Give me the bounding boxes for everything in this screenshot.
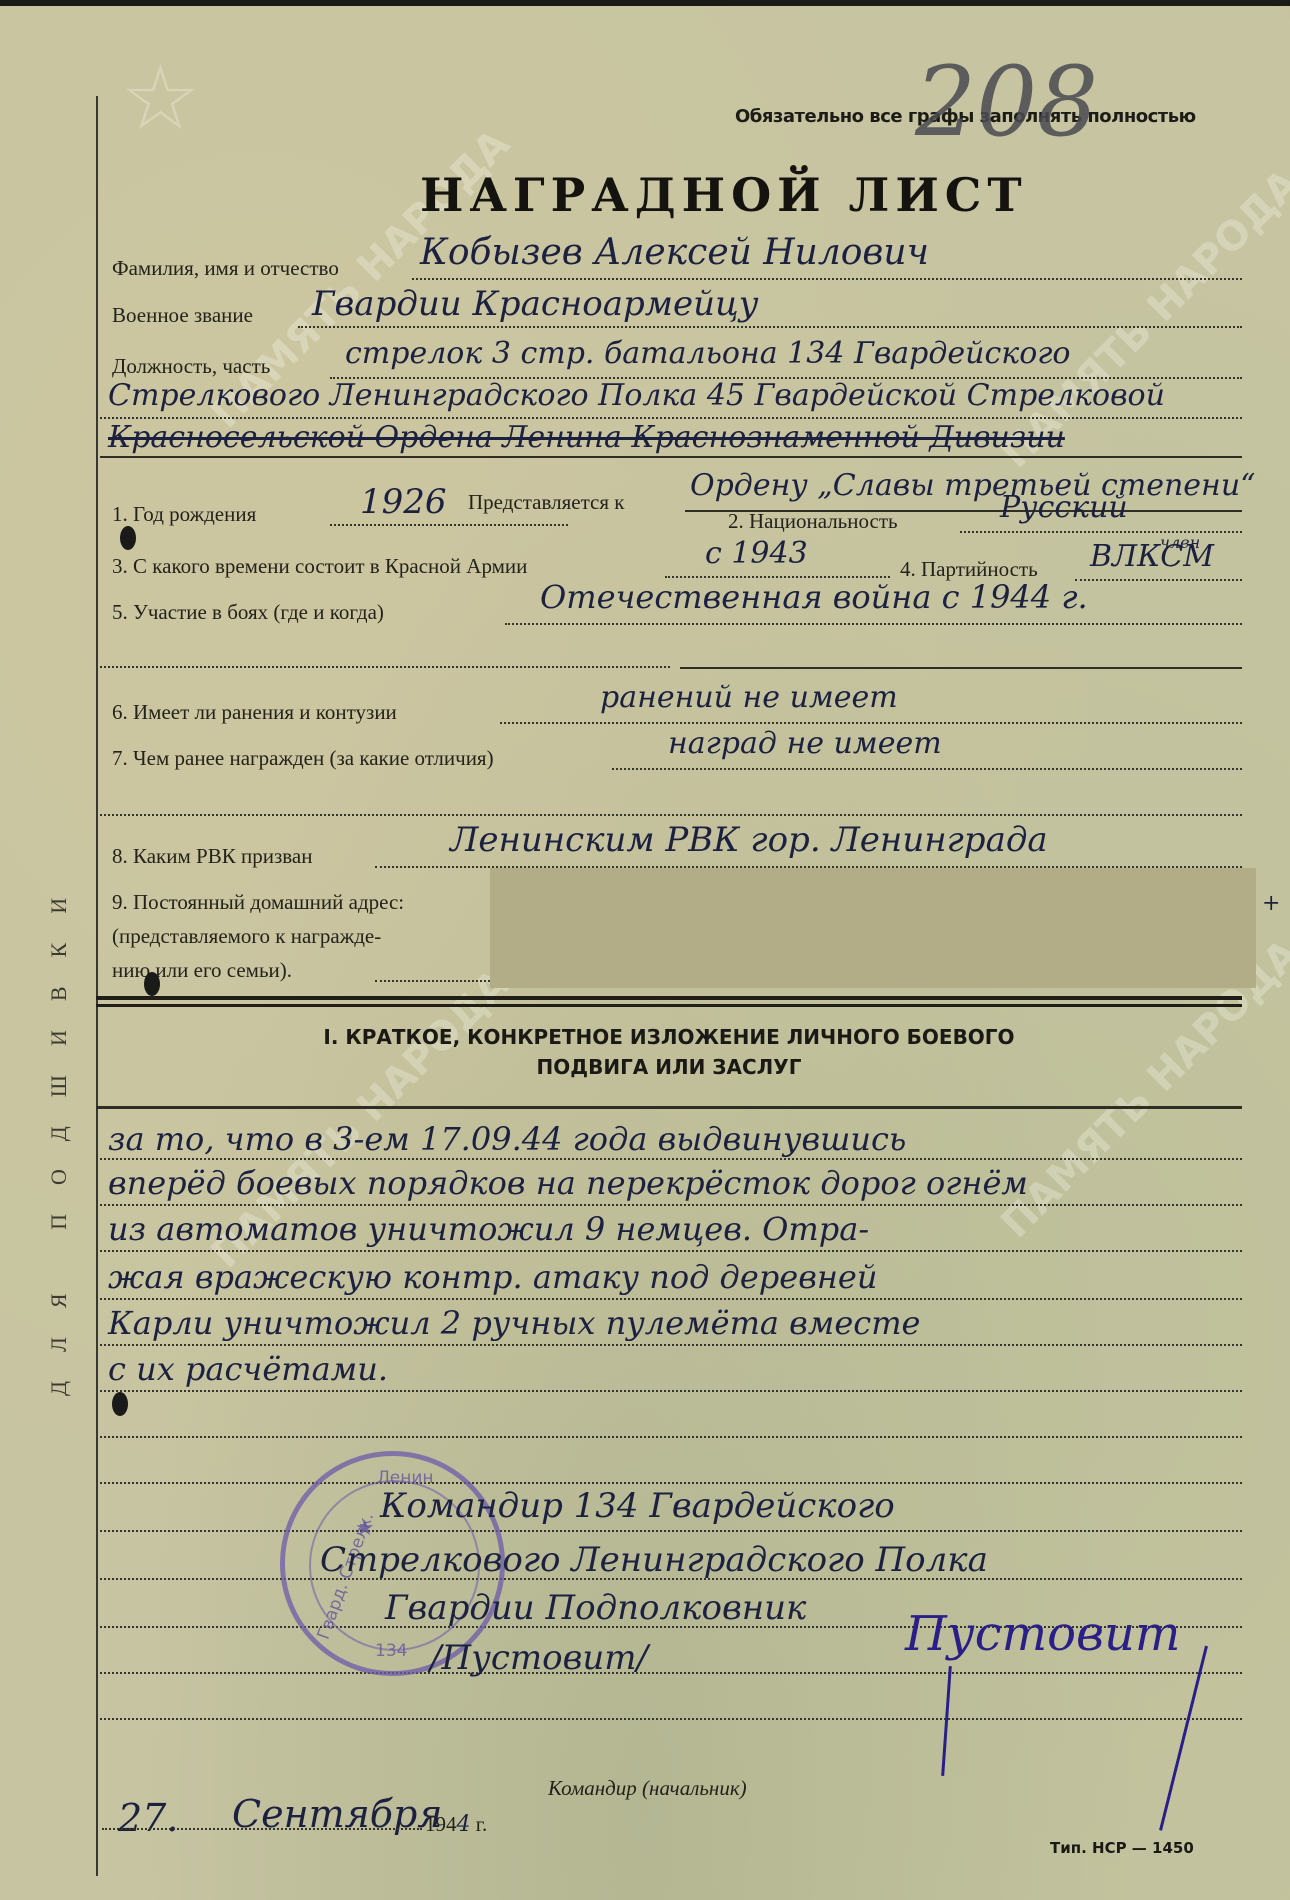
nominated-label: Представляется к	[468, 490, 624, 515]
rank-value: Гвардии Красноармейцу	[312, 284, 758, 324]
signature-stroke	[941, 1666, 952, 1776]
date-suffix: г.	[476, 1812, 488, 1836]
feat-line-2: вперёд боевых порядков на перекрёсток до…	[108, 1164, 1028, 1202]
address-label-line-3: нию или его семьи).	[112, 958, 292, 983]
nominated-value: Ордену „Славы третьей степени“	[690, 468, 1255, 503]
nationality-value: Русский	[1000, 490, 1128, 525]
drafted-by-value: Ленинским РВК гор. Ленинграда	[450, 820, 1048, 860]
position-label: Должность, часть	[112, 354, 270, 379]
birth-year-label: 1. Год рождения	[112, 502, 256, 527]
date-year-suffix: 4	[457, 1812, 471, 1837]
section-title-line-1: I. КРАТКОЕ, КОНКРЕТНОЕ ИЗЛОЖЕНИЕ ЛИЧНОГО…	[96, 1022, 1242, 1052]
feat-line-1: за то, что в 3-ем 17.09.44 года выдвинув…	[108, 1120, 906, 1158]
punch-hole	[120, 526, 136, 550]
section-title: I. КРАТКОЕ, КОНКРЕТНОЕ ИЗЛОЖЕНИЕ ЛИЧНОГО…	[96, 1022, 1242, 1082]
battles-label: 5. Участие в боях (где и когда)	[112, 600, 384, 625]
binding-margin-rule	[96, 96, 98, 1876]
full-name-label: Фамилия, имя и отчество	[112, 256, 339, 281]
signature-line-2: Стрелкового Ленинградского Полка	[320, 1540, 988, 1580]
date-day: 27.	[118, 1796, 178, 1840]
rank-label: Военное звание	[112, 303, 253, 328]
punch-hole	[144, 972, 160, 996]
punch-hole	[112, 1392, 128, 1416]
position-line-3: Красносельской Ордена Ленина Краснознаме…	[108, 420, 1065, 455]
signature-line-1: Командир 134 Гвардейского	[380, 1486, 895, 1526]
army-since-value: с 1943	[705, 536, 808, 571]
commander-caption: Командир (начальник)	[548, 1776, 747, 1801]
stamp-star-icon: ★	[355, 1516, 375, 1541]
wounds-label: 6. Имеет ли ранения и контузии	[112, 700, 397, 725]
section-title-line-2: ПОДВИГА ИЛИ ЗАСЛУГ	[96, 1052, 1242, 1082]
signature-line-4: /Пустовит/	[430, 1638, 648, 1678]
position-line-2: Стрелкового Ленинградского Полка 45 Гвар…	[108, 378, 1165, 413]
wounds-value: ранений не имеет	[600, 680, 898, 715]
redacted-address	[490, 868, 1256, 988]
address-label-line-2: (представляемого к награжде-	[112, 924, 381, 949]
stamp-text-bottom: 134	[375, 1641, 407, 1661]
birth-year-value: 1926	[360, 482, 447, 522]
feat-line-4: жая вражескую контр. атаку под деревней	[108, 1258, 877, 1296]
archive-number: 208	[915, 46, 1098, 158]
address-label-line-1: 9. Постоянный домашний адрес:	[112, 890, 404, 915]
full-name-value: Кобызев Алексей Нилович	[420, 232, 929, 273]
margin-mark: +	[1262, 891, 1280, 916]
previous-awards-value: наград не имеет	[668, 726, 942, 761]
binding-margin-label: ДЛЯ ПОДШИВКИ	[46, 396, 72, 1396]
army-since-label: 3. С какого времени состоит в Красной Ар…	[112, 554, 527, 579]
award-sheet: ☆ ПАМЯТЬ НАРОДА ПАМЯТЬ НАРОДА ПАМЯТЬ НАР…	[0, 6, 1290, 1900]
position-line-1: стрелок 3 стр. батальона 134 Гвардейског…	[345, 336, 1070, 371]
page-title: НАГРАДНОЙ ЛИСТ	[420, 168, 1028, 222]
previous-awards-label: 7. Чем ранее награжден (за какие отличия…	[112, 746, 494, 771]
date-year: 1944 г.	[425, 1812, 487, 1837]
date-year-prefix: 194	[425, 1812, 457, 1836]
drafted-by-label: 8. Каким РВК призван	[112, 844, 312, 869]
battles-value: Отечественная война с 1944 г.	[540, 578, 1088, 616]
stamp-text-top: Ленин	[377, 1468, 434, 1488]
feat-line-5: Карли уничтожил 2 ручных пулемёта вместе	[108, 1304, 920, 1342]
signature-line-3: Гвардии Подполковник	[385, 1588, 806, 1628]
press-mark: Тип. НСР — 1450	[1050, 1839, 1194, 1857]
watermark-star-icon: ☆	[120, 46, 201, 151]
commander-signature: Пустовит	[905, 1606, 1180, 1662]
nationality-label: 2. Национальность	[728, 509, 898, 534]
feat-line-3: из автоматов уничтожил 9 немцев. Отра-	[108, 1210, 869, 1248]
feat-line-6: с их расчётами.	[108, 1350, 388, 1388]
party-annotation: член	[1160, 533, 1200, 552]
